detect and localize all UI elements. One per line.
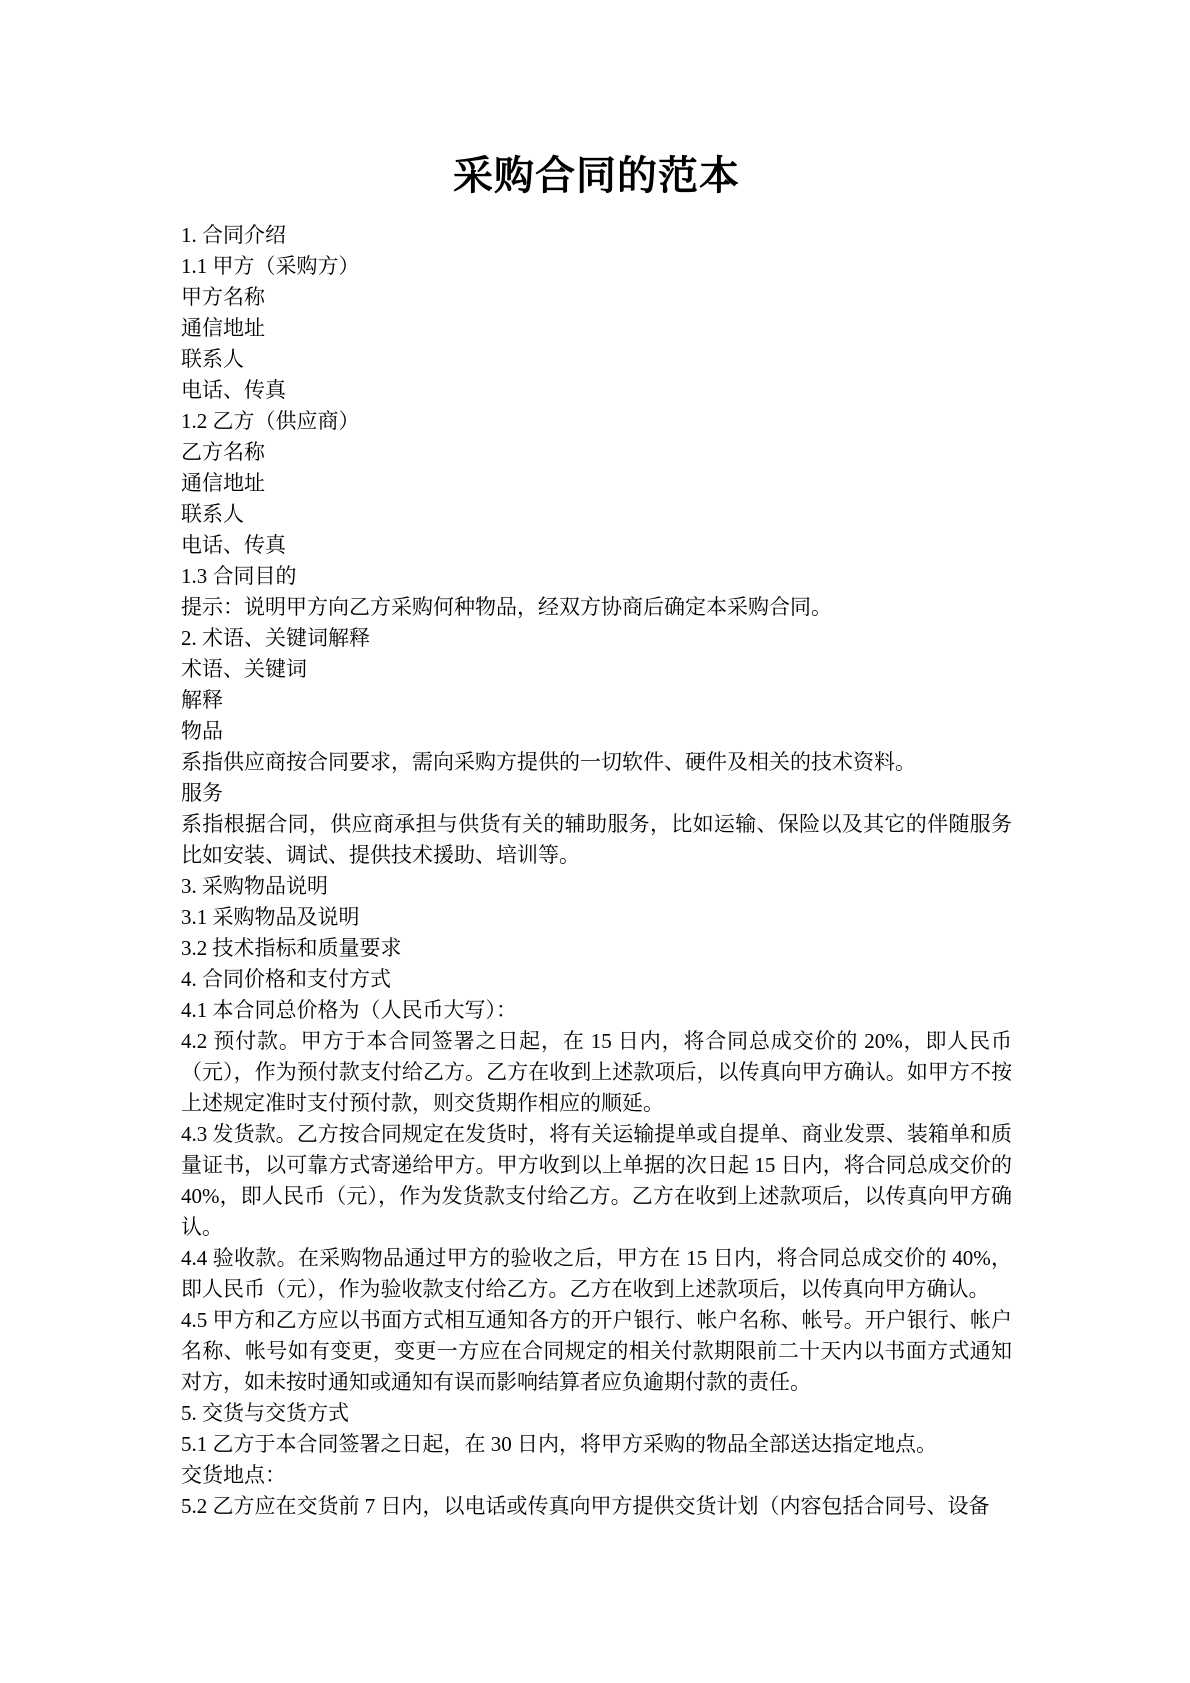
paragraph: 4.1 本合同总价格为（人民币大写）： <box>181 995 1012 1026</box>
paragraph: 系指供应商按合同要求，需向采购方提供的一切软件、硬件及相关的技术资料。 <box>181 747 1012 778</box>
paragraph: 3.1 采购物品及说明 <box>181 902 1012 933</box>
paragraph: 4.5 甲方和乙方应以书面方式相互通知各方的开户银行、帐户名称、帐号。开户银行、… <box>181 1305 1012 1398</box>
paragraph: 通信地址 <box>181 313 1012 344</box>
paragraph: 3.2 技术指标和质量要求 <box>181 933 1012 964</box>
paragraph: 联系人 <box>181 499 1012 530</box>
paragraph: 1.2 乙方（供应商） <box>181 406 1012 437</box>
paragraph: 电话、传真 <box>181 375 1012 406</box>
paragraph: 3. 采购物品说明 <box>181 871 1012 902</box>
paragraph: 4.3 发货款。乙方按合同规定在发货时，将有关运输提单或自提单、商业发票、装箱单… <box>181 1119 1012 1243</box>
document-page: 采购合同的范本 1. 合同介绍1.1 甲方（采购方）甲方名称通信地址联系人电话、… <box>0 0 1190 1683</box>
paragraph: 交货地点： <box>181 1460 1012 1491</box>
paragraph: 5.1 乙方于本合同签署之日起，在 30 日内，将甲方采购的物品全部送达指定地点… <box>181 1429 1012 1460</box>
paragraph: 4.2 预付款。甲方于本合同签署之日起，在 15 日内，将合同总成交价的 20%… <box>181 1026 1012 1119</box>
paragraph: 4. 合同价格和支付方式 <box>181 964 1012 995</box>
paragraph: 解释 <box>181 685 1012 716</box>
paragraph: 系指根据合同，供应商承担与供货有关的辅助服务，比如运输、保险以及其它的伴随服务比… <box>181 809 1012 871</box>
paragraph: 1. 合同介绍 <box>181 220 1012 251</box>
paragraph: 提示：说明甲方向乙方采购何种物品，经双方协商后确定本采购合同。 <box>181 592 1012 623</box>
paragraph: 通信地址 <box>181 468 1012 499</box>
paragraph: 术语、关键词 <box>181 654 1012 685</box>
paragraph: 1.3 合同目的 <box>181 561 1012 592</box>
paragraph: 4.4 验收款。在采购物品通过甲方的验收之后，甲方在 15 日内，将合同总成交价… <box>181 1243 1012 1305</box>
paragraph: 2. 术语、关键词解释 <box>181 623 1012 654</box>
paragraph: 电话、传真 <box>181 530 1012 561</box>
paragraph: 乙方名称 <box>181 437 1012 468</box>
paragraph: 1.1 甲方（采购方） <box>181 251 1012 282</box>
paragraph: 甲方名称 <box>181 282 1012 313</box>
document-body: 1. 合同介绍1.1 甲方（采购方）甲方名称通信地址联系人电话、传真1.2 乙方… <box>181 220 1012 1522</box>
paragraph: 联系人 <box>181 344 1012 375</box>
paragraph: 物品 <box>181 716 1012 747</box>
paragraph: 5. 交货与交货方式 <box>181 1398 1012 1429</box>
paragraph: 5.2 乙方应在交货前 7 日内，以电话或传真向甲方提供交货计划（内容包括合同号… <box>181 1491 1012 1522</box>
paragraph: 服务 <box>181 778 1012 809</box>
document-title: 采购合同的范本 <box>181 150 1012 202</box>
